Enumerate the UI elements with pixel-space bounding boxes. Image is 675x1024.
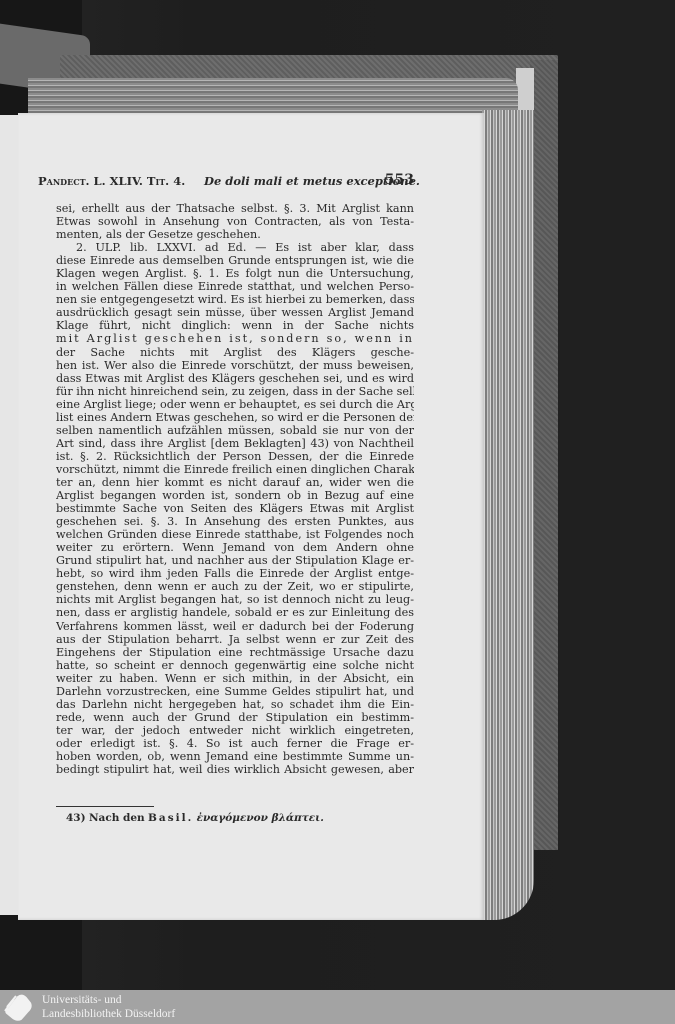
footnote-text: Nach den	[89, 812, 145, 824]
book-cover-right	[530, 60, 558, 850]
text-line: ausdrücklich gesagt sein müsse, über wes…	[56, 306, 414, 319]
text-line: 2. ULP. lib. LXXVI. ad Ed. — Es ist aber…	[56, 241, 414, 254]
library-name: Universitäts- und Landesbibliothek Düsse…	[42, 993, 175, 1021]
body-text: sei, erhellt aus der Thatsache selbst. §…	[56, 202, 414, 789]
text-line: selben namentlich aufzählen müssen, soba…	[56, 424, 414, 437]
text-line: Klage führt, nicht dinglich: wenn in der…	[56, 319, 414, 332]
footnote-source: Basil.	[148, 812, 193, 824]
left-facing-page	[0, 115, 19, 915]
page-number: 553	[385, 172, 414, 188]
text-line: geschehen sei. §. 3. In Ansehung des ers…	[56, 515, 414, 528]
text-line: weiter zu haben. Wenn er sich mithin, in…	[56, 672, 414, 685]
running-head-section: Pandect. L. XLIV. Tit. 4.	[38, 174, 185, 188]
footnote-divider	[56, 806, 154, 807]
text-line: bestimmte Sache von Seiten des Klägers E…	[56, 502, 414, 515]
text-line: Art sind, dass ihre Arglist [dem Beklagt…	[56, 437, 414, 450]
text-line: ter an, denn hier kommt es nicht darauf …	[56, 476, 414, 489]
footnote-number: 43)	[66, 812, 86, 824]
text-line: sei, erhellt aus der Thatsache selbst. §…	[56, 202, 414, 215]
text-line: dass Etwas mit Arglist des Klägers gesch…	[56, 372, 414, 385]
text-line: bedingt stipulirt hat, weil dies wirklic…	[56, 763, 414, 776]
text-line: Verfahrens kommen lässt, weil er dadurch…	[56, 620, 414, 633]
text-line: Etwas sowohl in Ansehung von Contracten,…	[56, 215, 414, 228]
text-line: weiter zu erörtern. Wenn Jemand von dem …	[56, 541, 414, 554]
text-line: ist. §. 2. Rücksichtlich der Person Dess…	[56, 450, 414, 463]
text-line: diese Einrede aus demselben Grunde entsp…	[56, 254, 414, 267]
text-line: hebt, so wird ihm jeden Falls die Einred…	[56, 567, 414, 580]
text-line: mit Arglist geschehen ist, sondern so, w…	[56, 332, 414, 345]
page-edges-right	[482, 110, 534, 920]
text-line: aus der Stipulation beharrt. Ja selbst w…	[56, 633, 414, 646]
text-line: list eines Andern Etwas geschehen, so wi…	[56, 411, 414, 424]
text-line: nichts mit Arglist begangen hat, so ist …	[56, 593, 414, 606]
text-line: menten, als der Gesetze geschehen.	[56, 228, 414, 241]
text-line: nen, dass er arglistig handele, sobald e…	[56, 606, 414, 619]
text-line: ter war, der jedoch entweder nicht wirkl…	[56, 724, 414, 737]
text-line: rede, wenn auch der Grund der Stipulatio…	[56, 711, 414, 724]
footnote: 43) Nach den Basil. ἐναγόμενον βλάπτει.	[66, 812, 324, 824]
text-line: oder erledigt ist. §. 4. So ist auch fer…	[56, 737, 414, 750]
library-name-line2: Landesbibliothek Düsseldorf	[42, 1007, 175, 1021]
text-line: hatte, so scheint er dennoch gegenwärtig…	[56, 659, 414, 672]
text-line: hen ist. Wer also die Einrede vorschützt…	[56, 359, 414, 372]
text-line: der Sache nichts mit Arglist des Klägers…	[56, 346, 414, 359]
text-line: nen sie entgegengesetzt wird. Es ist hie…	[56, 293, 414, 306]
text-line: Darlehn vorzustrecken, eine Summe Geldes…	[56, 685, 414, 698]
text-line: genstehen, denn wenn er auch zu der Zeit…	[56, 580, 414, 593]
running-head: Pandect. L. XLIV. Tit. 4. De doli mali e…	[38, 174, 414, 192]
text-line: Eingehens der Stipulation eine rechtmäss…	[56, 646, 414, 659]
text-line: vorschützt, nimmt die Einrede freilich e…	[56, 463, 414, 476]
text-line: Klagen wegen Arglist. §. 1. Es folgt nun…	[56, 267, 414, 280]
library-name-line1: Universitäts- und	[42, 993, 175, 1007]
text-line: Arglist begangen worden ist, sondern ob …	[56, 489, 414, 502]
text-line: das Darlehn nicht hergegeben hat, so sch…	[56, 698, 414, 711]
library-logo-icon	[3, 993, 33, 1021]
text-line: eine Arglist liege; oder wenn er behaupt…	[56, 398, 414, 411]
library-footer-bar: Universitäts- und Landesbibliothek Düsse…	[0, 990, 675, 1024]
text-line: Grund stipulirt hat, und nachher aus der…	[56, 554, 414, 567]
text-line: welchen Gründen diese Einrede statthabe,…	[56, 528, 414, 541]
text-line: für ihn nicht hinreichend sein, zu zeige…	[56, 385, 414, 398]
text-line	[56, 776, 414, 789]
text-line: in welchen Fällen diese Einrede statthat…	[56, 280, 414, 293]
footnote-greek: ἐναγόμενον βλάπτει.	[197, 812, 324, 824]
text-line: hoben worden, ob, wenn Jemand eine besti…	[56, 750, 414, 763]
